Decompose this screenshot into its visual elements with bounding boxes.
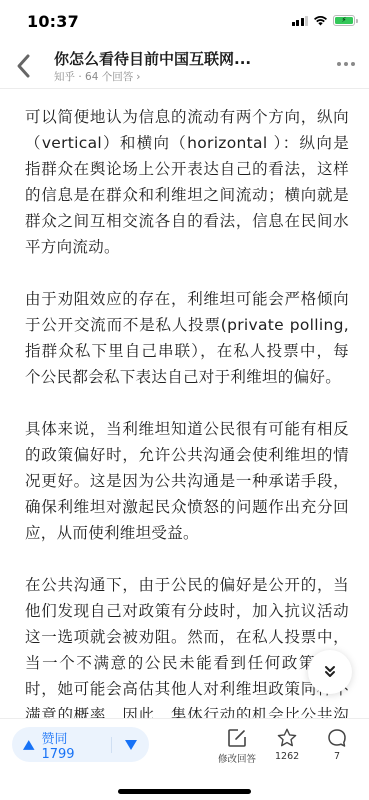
edit-answer-button[interactable]: 修改回答 — [218, 727, 256, 765]
edit-answer-label: 修改回答 — [218, 751, 256, 765]
bottom-action-bar: 赞同 1799 修改回答 1262 7 — [0, 718, 369, 800]
comment-button[interactable]: 7 — [326, 727, 348, 762]
upvote-label: 赞同 1799 — [41, 728, 102, 762]
answer-paragraph: 具体来说，当利维坦知道公民很有可能有相反的政策偏好时，允许公共沟通会使利维坦的情… — [25, 416, 349, 546]
wifi-icon — [313, 15, 328, 26]
upvote-button[interactable]: 赞同 1799 — [12, 727, 102, 762]
triangle-up-icon — [22, 739, 35, 751]
more-button[interactable] — [337, 62, 355, 66]
status-bar: 10:37 ⚡ — [0, 0, 369, 44]
favorite-button[interactable]: 1262 — [275, 727, 299, 762]
comment-count: 7 — [334, 751, 340, 762]
status-time: 10:37 — [27, 12, 79, 31]
edit-icon — [226, 727, 248, 749]
scroll-next-button[interactable] — [308, 650, 352, 694]
double-chevron-down-icon — [323, 665, 337, 679]
chevron-left-icon — [14, 53, 34, 79]
cellular-signal-icon — [292, 16, 309, 26]
more-horizontal-icon — [337, 62, 341, 66]
answers-count-label: 知乎 · 64 个回答 — [54, 69, 133, 84]
answers-link[interactable]: 知乎 · 64 个回答 › — [54, 69, 140, 84]
question-title[interactable]: 你怎么看待目前中国互联网... — [54, 48, 251, 69]
home-indicator — [118, 789, 251, 794]
favorite-count: 1262 — [275, 751, 299, 762]
back-button[interactable] — [14, 53, 34, 79]
star-icon — [276, 727, 298, 749]
answer-paragraph: 由于劝阻效应的存在，利维坦可能会严格倾向于公开交流而不是私人投票(private… — [25, 286, 349, 390]
vote-control: 赞同 1799 — [12, 727, 149, 762]
answer-paragraph: 可以简便地认为信息的流动有两个方向，纵向（vertical）和横向（horizo… — [25, 104, 349, 260]
downvote-button[interactable] — [112, 727, 149, 762]
answer-content: 可以简便地认为信息的流动有两个方向，纵向（vertical）和横向（horizo… — [25, 104, 349, 780]
chevron-right-icon: › — [136, 71, 140, 83]
status-icons: ⚡ — [292, 15, 356, 26]
battery-charging-icon: ⚡ — [333, 15, 355, 26]
comment-icon — [326, 727, 348, 749]
triangle-down-icon — [124, 739, 138, 751]
nav-bar: 你怎么看待目前中国互联网... 知乎 · 64 个回答 › — [0, 44, 369, 89]
